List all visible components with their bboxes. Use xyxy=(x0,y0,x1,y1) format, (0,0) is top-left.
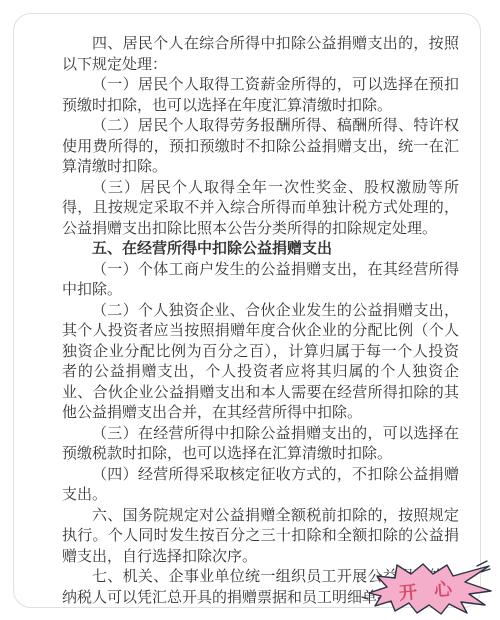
paragraph: （二）居民个人取得劳务报酬所得、稿酬所得、特许权使用费所得的，预扣预缴时不扣除公… xyxy=(62,116,459,178)
paragraph: 五、在经营所得中扣除公益捐赠支出 xyxy=(62,239,459,260)
paragraph: （一）个体工商户发生的公益捐赠支出，在其经营所得中扣除。 xyxy=(62,260,459,301)
happy-badge: 开 心 xyxy=(361,557,495,617)
page: { "page": { "background_color": "#ffffff… xyxy=(0,0,500,620)
document-card: 四、居民个人在综合所得中扣除公益捐赠支出的，按照以下规定处理：（一）居民个人取得… xyxy=(13,13,481,608)
paragraph: （四）经营所得采取核定征收方式的，不扣除公益捐赠支出。 xyxy=(62,465,459,506)
paragraph: （一）居民个人取得工资薪金所得的，可以选择在预扣预缴时扣除，也可以选择在年度汇算… xyxy=(62,75,459,116)
dash-icon xyxy=(362,597,368,599)
paragraph: 四、居民个人在综合所得中扣除公益捐赠支出的，按照以下规定处理： xyxy=(62,34,459,75)
document-text: 四、居民个人在综合所得中扣除公益捐赠支出的，按照以下规定处理：（一）居民个人取得… xyxy=(62,34,459,608)
paragraph: （三）在经营所得中扣除公益捐赠支出的，可以选择在预缴税款时扣除，也可以选择在汇算… xyxy=(62,424,459,465)
paragraph: （二）个人独资企业、合伙企业发生的公益捐赠支出，其个人投资者应当按照捐赠年度合伙… xyxy=(62,301,459,424)
paragraph: （三）居民个人取得全年一次性奖金、股权激励等所得，且按规定采取不并入综合所得而单… xyxy=(62,178,459,240)
